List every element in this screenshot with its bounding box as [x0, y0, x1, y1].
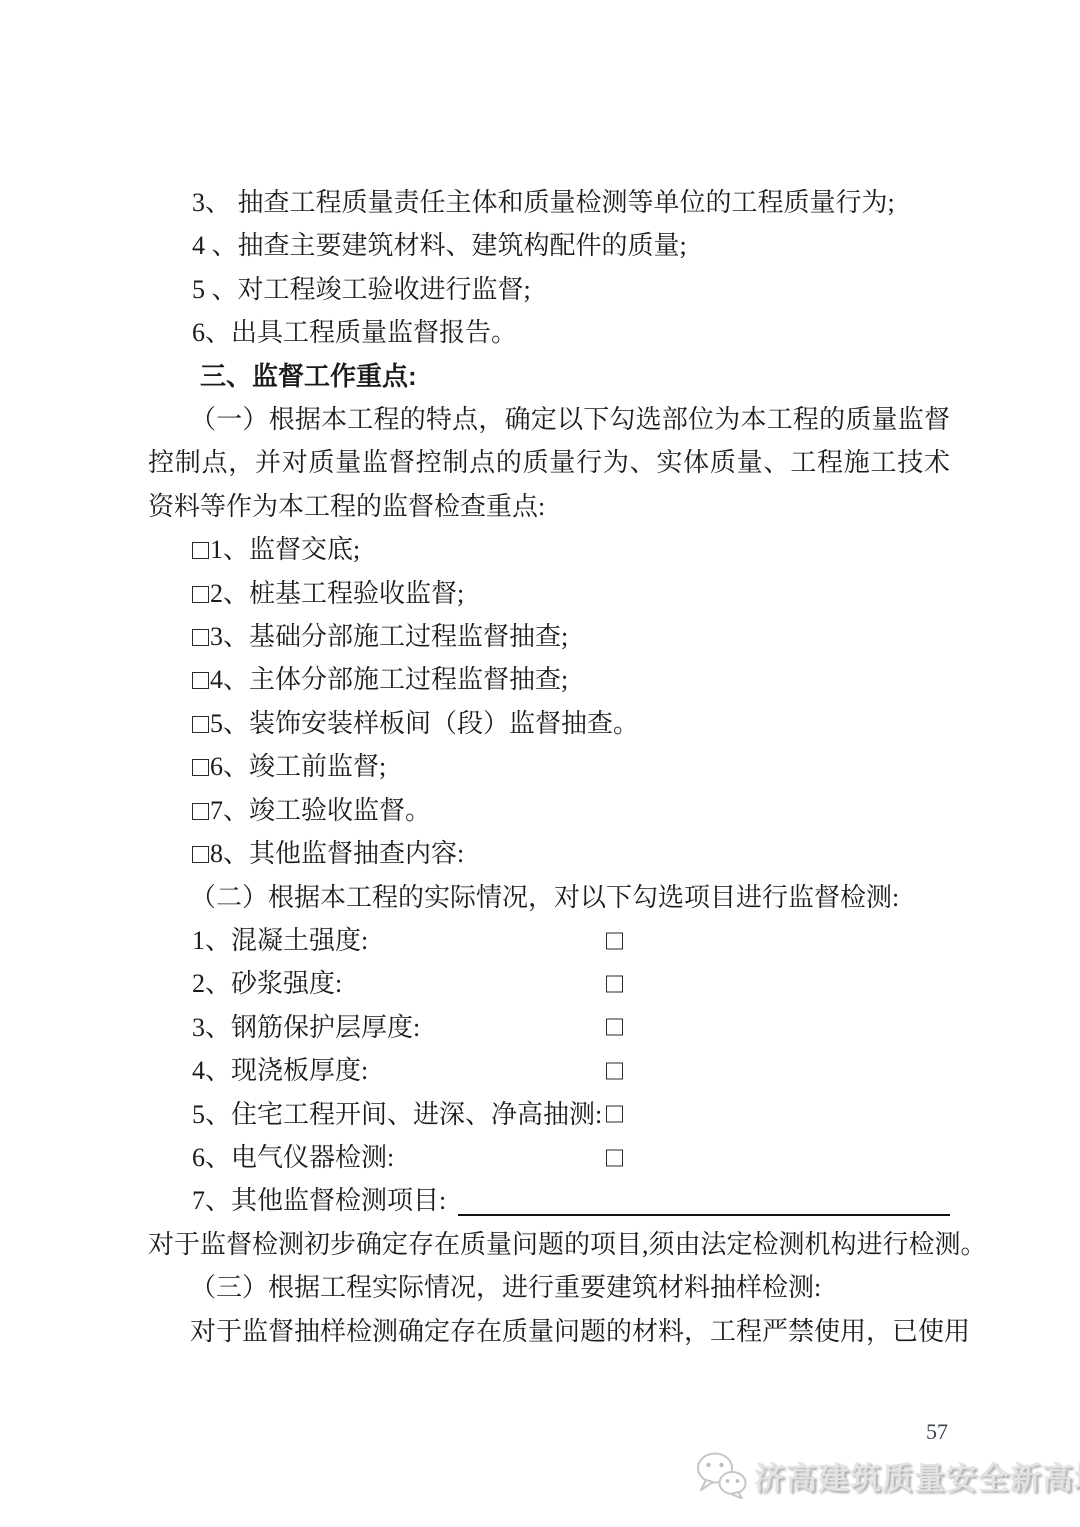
checkpoint-item: 1、监督交底; — [148, 528, 950, 571]
item-number: 1、 — [192, 926, 231, 955]
checkpoint-item: 4、主体分部施工过程监督抽查; — [148, 658, 950, 701]
item-number: 7、 — [192, 1179, 231, 1222]
item-label: 钢筋保护层厚度: — [231, 1013, 420, 1042]
item-number: 3、 — [210, 622, 249, 651]
checkpoint-item: 2、桩基工程验收监督; — [148, 572, 950, 615]
item-label: 基础分部施工过程监督抽查; — [249, 622, 568, 651]
item-label: 其他监督检测项目: — [231, 1179, 446, 1222]
item-number: 2、 — [192, 969, 231, 998]
checkbox-icon[interactable] — [606, 1062, 623, 1079]
item-label: 桩基工程验收监督; — [249, 579, 464, 608]
item-number: 6、 — [192, 1143, 231, 1172]
item-number: 4、 — [210, 665, 249, 694]
paragraph-1: （一）根据本工程的特点，确定以下勾选部位为本工程的质量监督控制点，并对质量监督控… — [148, 398, 950, 528]
blank-fill-in-field[interactable] — [458, 1214, 950, 1216]
item-label: 主体分部施工过程监督抽查; — [249, 665, 568, 694]
paragraph-2: （二）根据本工程的实际情况，对以下勾选项目进行监督检测: — [148, 876, 950, 919]
list-item-text: 抽查主要建筑材料、建筑构配件的质量; — [238, 231, 687, 260]
checkpoint-item: 7、竣工验收监督。 — [148, 789, 950, 832]
detect-item: 5、住宅工程开间、进深、净高抽测: — [148, 1093, 950, 1136]
list-item: 3、 抽查工程质量责任主体和质量检测等单位的工程质量行为; — [148, 181, 950, 224]
checkbox-icon[interactable] — [606, 1019, 623, 1036]
note-text: 对于监督检测初步确定存在质量问题的项目,须由法定检测机构进行检测。 — [148, 1223, 950, 1266]
detect-item: 4、现浇板厚度: — [148, 1049, 950, 1092]
item-label: 竣工前监督; — [249, 752, 386, 781]
checkbox-icon[interactable] — [606, 932, 623, 949]
list-item: 4 、抽查主要建筑材料、建筑构配件的质量; — [148, 224, 950, 267]
other-detect-item: 7、其他监督检测项目: — [148, 1179, 950, 1222]
item-label: 住宅工程开间、进深、净高抽测: — [231, 1100, 602, 1129]
checkbox-icon[interactable] — [192, 629, 209, 646]
watermark-brand: 济高建筑质量安全新高地 — [754, 1453, 1080, 1498]
checkbox-icon[interactable] — [606, 1149, 623, 1166]
checkpoint-item: 5、装饰安装样板间（段）监督抽查。 — [148, 702, 950, 745]
item-label: 砂浆强度: — [231, 969, 342, 998]
item-number: 1、 — [210, 535, 249, 564]
list-item-number: 5 、 — [192, 275, 238, 304]
page-number: 57 — [926, 1419, 948, 1445]
item-number: 4、 — [192, 1056, 231, 1085]
item-label: 电气仪器检测: — [231, 1143, 394, 1172]
checkbox-icon[interactable] — [192, 846, 209, 863]
item-number: 5、 — [192, 1100, 231, 1129]
item-label: 监督交底; — [249, 535, 360, 564]
item-number: 3、 — [192, 1013, 231, 1042]
item-label: 混凝土强度: — [231, 926, 368, 955]
checkbox-icon[interactable] — [192, 542, 209, 559]
item-number: 7、 — [210, 796, 249, 825]
watermark-footer: 济高建筑质量安全新高地 — [696, 1451, 1080, 1499]
list-item-number: 3、 — [192, 188, 238, 217]
list-item-text: 抽查工程质量责任主体和质量检测等单位的工程质量行为; — [238, 188, 895, 217]
item-label: 现浇板厚度: — [231, 1056, 368, 1085]
note-text: 对于监督抽样检测确定存在质量问题的材料，工程严禁使用，已使用 — [148, 1310, 950, 1353]
item-number: 5、 — [210, 709, 249, 738]
list-item-number: 4 、 — [192, 231, 238, 260]
document-body: 3、 抽查工程质量责任主体和质量检测等单位的工程质量行为; 4 、抽查主要建筑材… — [0, 0, 1080, 1353]
detect-item: 6、电气仪器检测: — [148, 1136, 950, 1179]
checkbox-icon[interactable] — [192, 759, 209, 776]
checkbox-icon[interactable] — [192, 803, 209, 820]
checkbox-icon[interactable] — [606, 1106, 623, 1123]
checkbox-icon[interactable] — [192, 672, 209, 689]
item-label: 其他监督抽查内容: — [249, 839, 464, 868]
section-heading: 三、监督工作重点: — [148, 355, 950, 398]
wechat-icon — [696, 1451, 748, 1499]
list-item-text: 出具工程质量监督报告。 — [231, 318, 517, 347]
checkbox-icon[interactable] — [606, 976, 623, 993]
item-number: 2、 — [210, 579, 249, 608]
item-number: 8、 — [210, 839, 249, 868]
checkpoint-item: 3、基础分部施工过程监督抽查; — [148, 615, 950, 658]
item-number: 6、 — [210, 752, 249, 781]
list-item-number: 6、 — [192, 318, 231, 347]
detect-item: 3、钢筋保护层厚度: — [148, 1006, 950, 1049]
paragraph-3: （三）根据工程实际情况，进行重要建筑材料抽样检测: — [148, 1266, 950, 1309]
detect-item: 1、混凝土强度: — [148, 919, 950, 962]
checkpoint-item: 8、其他监督抽查内容: — [148, 832, 950, 875]
list-item-text: 对工程竣工验收进行监督; — [238, 275, 531, 304]
detect-item: 2、砂浆强度: — [148, 962, 950, 1005]
item-label: 装饰安装样板间（段）监督抽查。 — [249, 709, 639, 738]
list-item: 5 、对工程竣工验收进行监督; — [148, 268, 950, 311]
item-label: 竣工验收监督。 — [249, 796, 431, 825]
list-item: 6、出具工程质量监督报告。 — [148, 311, 950, 354]
checkbox-icon[interactable] — [192, 586, 209, 603]
checkbox-icon[interactable] — [192, 716, 209, 733]
checkpoint-item: 6、竣工前监督; — [148, 745, 950, 788]
